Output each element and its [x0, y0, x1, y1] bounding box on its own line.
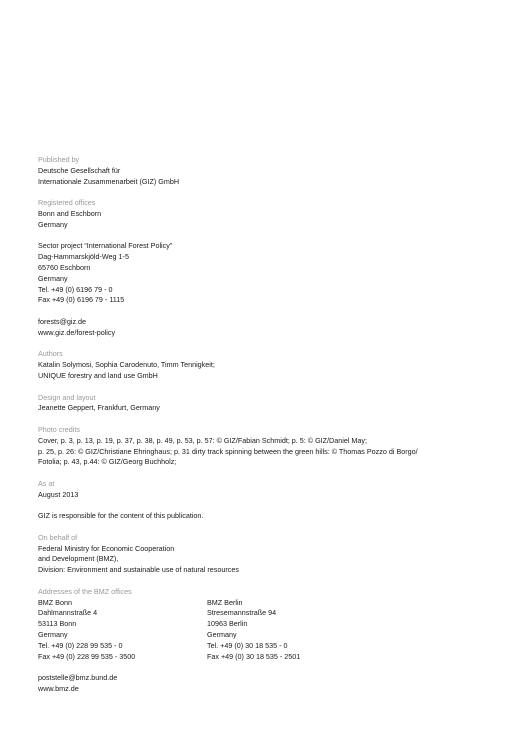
bonn-line: Germany	[38, 630, 207, 641]
author-line: Katalin Solymosi, Sophia Carodenuto, Tim…	[38, 360, 498, 371]
sector-line: Germany	[38, 274, 498, 285]
published-by-label: Published by	[38, 155, 498, 166]
credit-line: Fotolia; p. 43, p.44: © GIZ/Georg Buchho…	[38, 457, 498, 468]
sector-line: Tel. +49 (0) 6196 79 - 0	[38, 285, 498, 296]
bmz-website-link[interactable]: www.bmz.de	[38, 684, 498, 695]
author-line: UNIQUE forestry and land use GmbH	[38, 371, 498, 382]
bonn-line: Tel. +49 (0) 228 99 535 - 0	[38, 641, 207, 652]
office-line: Germany	[38, 220, 498, 231]
berlin-line: Stresemannstraße 94	[207, 608, 376, 619]
ministry-line: and Development (BMZ),	[38, 554, 498, 565]
bmz-bonn-address: BMZ Bonn Dahlmannstraße 4 53113 Bonn Ger…	[38, 598, 207, 663]
photo-credits-section: Photo credits Cover, p. 3, p. 13, p. 19,…	[38, 425, 498, 468]
authors-label: Authors	[38, 349, 498, 360]
publisher-line: Deutsche Gesellschaft für	[38, 166, 498, 177]
berlin-line: BMZ Berlin	[207, 598, 376, 609]
berlin-line: Tel. +49 (0) 30 18 535 - 0	[207, 641, 376, 652]
date-line: August 2013	[38, 490, 498, 501]
credit-line: Cover, p. 3, p. 13, p. 19, p. 37, p. 38,…	[38, 436, 498, 447]
website-link[interactable]: www.giz.de/forest-policy	[38, 328, 498, 339]
sector-line: Dag-Hammarskjöld-Weg 1-5	[38, 252, 498, 263]
design-section: Design and layout Jeanette Geppert, Fran…	[38, 393, 498, 415]
contact-section: forests@giz.de www.giz.de/forest-policy	[38, 317, 498, 339]
as-at-label: As at	[38, 479, 498, 490]
design-label: Design and layout	[38, 393, 498, 404]
ministry-line: Division: Environment and sustainable us…	[38, 565, 498, 576]
sector-line: Sector project “International Forest Pol…	[38, 241, 498, 252]
bmz-berlin-address: BMZ Berlin Stresemannstraße 94 10963 Ber…	[207, 598, 376, 663]
bonn-line: Fax +49 (0) 228 99 535 - 3500	[38, 652, 207, 663]
responsibility-statement: GIZ is responsible for the content of th…	[38, 511, 498, 522]
photo-credits-label: Photo credits	[38, 425, 498, 436]
bmz-email-link[interactable]: poststelle@bmz.bund.de	[38, 673, 498, 684]
sector-project-section: Sector project “International Forest Pol…	[38, 241, 498, 306]
bonn-line: 53113 Bonn	[38, 619, 207, 630]
berlin-line: Germany	[207, 630, 376, 641]
on-behalf-section: On behalf of Federal Ministry for Econom…	[38, 533, 498, 576]
authors-section: Authors Katalin Solymosi, Sophia Caroden…	[38, 349, 498, 381]
registered-offices-section: Registered offices Bonn and Eschborn Ger…	[38, 198, 498, 230]
as-at-section: As at August 2013	[38, 479, 498, 501]
office-line: Bonn and Eschborn	[38, 209, 498, 220]
email-link[interactable]: forests@giz.de	[38, 317, 498, 328]
bmz-offices-label: Addresses of the BMZ offices	[38, 587, 498, 598]
berlin-line: 10963 Berlin	[207, 619, 376, 630]
publisher-line: Internationale Zusammenarbeit (GIZ) GmbH	[38, 177, 498, 188]
design-line: Jeanette Geppert, Frankfurt, Germany	[38, 403, 498, 414]
on-behalf-label: On behalf of	[38, 533, 498, 544]
ministry-line: Federal Ministry for Economic Cooperatio…	[38, 544, 498, 555]
sector-line: Fax +49 (0) 6196 79 - 1115	[38, 295, 498, 306]
imprint: Published by Deutsche Gesellschaft für I…	[38, 155, 498, 695]
credit-line: p. 25, p. 26: © GIZ/Christiane Ehringhau…	[38, 447, 498, 458]
sector-line: 65760 Eschborn	[38, 263, 498, 274]
bonn-line: Dahlmannstraße 4	[38, 608, 207, 619]
bonn-line: BMZ Bonn	[38, 598, 207, 609]
published-by-section: Published by Deutsche Gesellschaft für I…	[38, 155, 498, 187]
registered-offices-label: Registered offices	[38, 198, 498, 209]
bmz-offices-section: Addresses of the BMZ offices BMZ Bonn Da…	[38, 587, 498, 695]
berlin-line: Fax +49 (0) 30 18 535 - 2501	[207, 652, 376, 663]
